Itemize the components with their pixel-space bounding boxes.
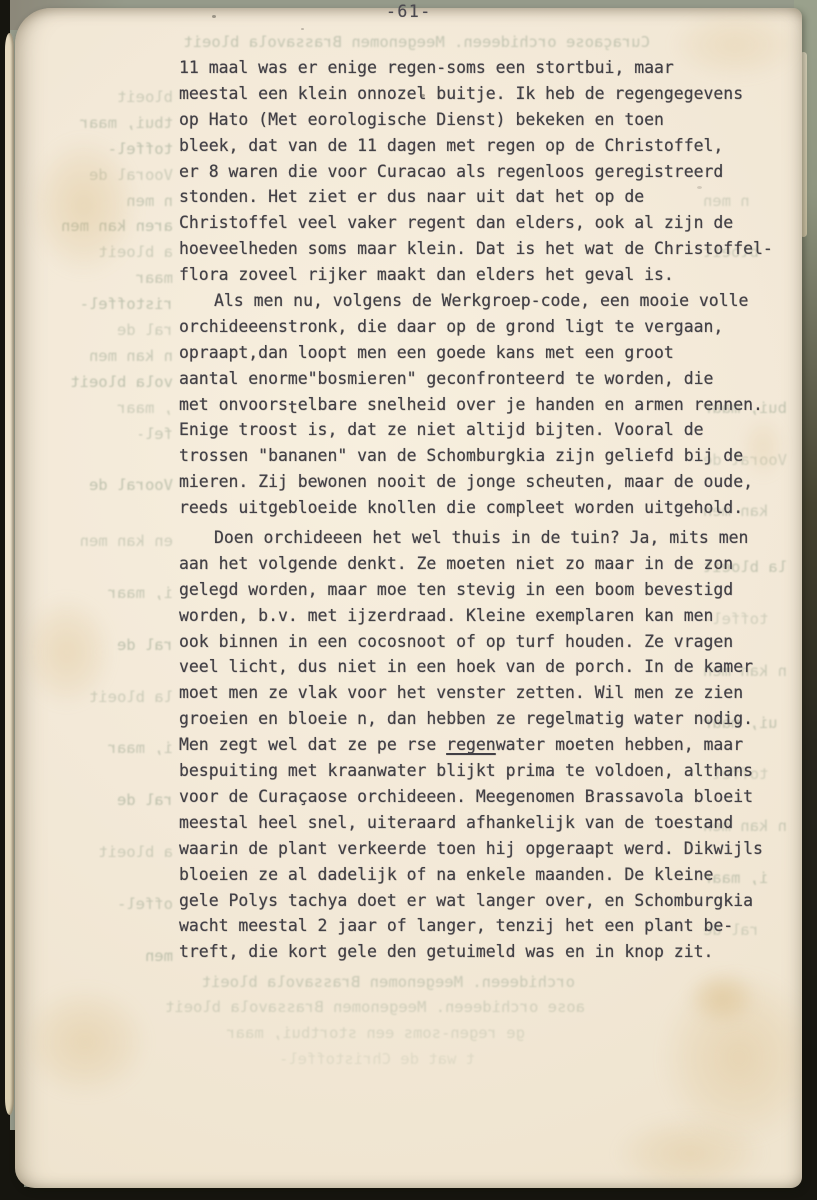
bleedthrough-ghost-text: a bloeit [97,242,173,262]
text-line: meestal heel snel, uiteraard afhankelijk… [179,810,795,836]
bleedthrough-ghost-text: i, maar [103,738,173,758]
text-segment: ook binnen in een cocosnoot of op turf h… [179,632,733,651]
document-scan: bloeittbui, maartoffel- Vooral den menar… [0,0,817,1200]
adjacent-page-edge [5,33,14,1115]
bleedthrough-ghost-text: Curaçaose orchideeen. Meegenomen Brassav… [180,32,650,52]
stain-mark [615,1116,765,1188]
text-line: Doen orchideeen het wel thuis in de tuin… [179,525,795,551]
text-segment: orchideeenstronk, die daar op de grond l… [179,317,723,336]
text-line: op Hato (Met eorologische Dienst) bekeke… [179,107,795,133]
text-segment: gele Polys tachya doet er wat langer ove… [179,891,753,910]
bleedthrough-ghost-text: vola bloeit [69,372,173,392]
text-segment: waarin de plant verkeerde toen hij opger… [179,839,763,858]
text-line: veel licht, dus niet in een hoek van de … [179,654,795,680]
text-line: hoeveelheden soms maar klein. Dat is het… [179,236,795,262]
text-segment: 11 maal was er enige regen-soms een stor… [179,58,674,77]
text-segment: moet men ze vlak voor het venster zetten… [179,683,743,702]
text-line: Christoffel veel vaker regent dan elders… [179,210,795,236]
bleedthrough-ghost-text: orchideeen. Meegenomen Brassavola bloeit [195,972,575,992]
text-line: flora zoveel rijker maakt dan elders het… [179,262,795,288]
text-segment: meestal heel snel, uiteraard afhankelijk… [179,813,733,832]
text-segment: Als men nu, volgens de Werkgroep-code, e… [214,291,748,310]
text-line: met onvoorstelbare snelheid over je hand… [179,392,795,418]
bleedthrough-ghost-text: offel- [109,894,173,914]
text-line: waarin de plant verkeerde toen hij opger… [179,836,795,862]
text-segment: bloeien ze al dadelijk of na enkele maan… [179,865,713,884]
text-segment: Christoffel veel vaker regent dan elders… [179,213,733,232]
stain-mark [687,970,757,1025]
bleedthrough-ghost-text: bloeit [111,87,173,107]
text-line: ook binnen in een cocosnoot of op turf h… [179,629,795,655]
bleedthrough-ghost-text: toffel- [103,139,173,159]
text-line: gele Polys tachya doet er wat langer ove… [179,888,795,914]
bleedthrough-ghost-text: aren kan men [61,216,173,236]
text-segment: groeien en bloeie n, dan hebben ze regel… [179,709,753,728]
text-line: Men zegt wel dat ze pe rse regenwater mo… [179,732,795,758]
text-line: gelegd worden, maar moe ten stevig in ee… [179,577,795,603]
bleedthrough-ghost-text: men [127,946,173,966]
text-line: groeien en bloeie n, dan hebben ze regel… [179,706,795,732]
bleedthrough-ghost-text: n men [125,191,173,211]
scan-background-bottom-edge [0,1187,817,1200]
text-segment: trossen "bananen" van de Schomburgkia zi… [179,446,743,465]
bleedthrough-ghost-text: i, maar [101,583,173,603]
text-line: moet men ze vlak voor het venster zetten… [179,680,795,706]
text-segment: gelegd worden, maar moe ten stevig in ee… [179,580,733,599]
text-segment: veel licht, dus niet in een hoek van de … [179,657,753,676]
stain-mark [659,970,802,1145]
text-line: orchideeenstronk, die daar op de grond l… [179,314,795,340]
text-line: reeds uitgebloeide knollen die compleet … [179,495,795,521]
bleedthrough-ghost-text: fel- [139,424,173,444]
bleedthrough-ghost-text: Vooral de [74,165,173,185]
text-line: meestal een klein onnozel buitje. Ik heb… [179,81,795,107]
text-segment: water moeten hebben, maar [496,735,743,754]
text-segment: reeds uitgebloeide knollen die compleet … [179,498,743,517]
bleedthrough-ghost-text: ral de [117,790,173,810]
text-line: stonden. Het ziet er dus naar uit dat he… [179,184,795,210]
text-segment: hoeveelheden soms maar klein. Dat is het… [179,239,773,258]
ink-speck [301,28,304,30]
ink-speck [212,15,216,18]
text-segment: mieren. Zij bewonen nooit de jonge scheu… [179,472,753,491]
text-line: Als men nu, volgens de Werkgroep-code, e… [179,288,795,314]
text-segment: elbare snelheid over je handen en armen … [298,395,763,414]
text-line: Enige troost is, dat ze niet altijd bijt… [179,417,795,443]
text-line: bespuiting met kraanwater blijkt prima t… [179,758,795,784]
text-segment: opraapt,dan loopt men een goede kans met… [179,343,674,362]
text-segment: voor de Curaçaose orchideeen. Meegenomen… [179,787,753,806]
text-segment: Doen orchideeen het wel thuis in de tuin… [214,528,748,547]
bleedthrough-ghost-text: aose orchideeen. Meegenomen Brassavola b… [165,997,585,1017]
bleedthrough-ghost-text: Vooral de [89,475,173,495]
page-number: -61- [386,2,432,21]
text-segment: er 8 waren die voor Curacao als regenloo… [179,162,723,181]
text-line: wacht meestal 2 jaar of langer, tenzij h… [179,913,795,939]
text-line: treft, die kort gele den getuimeld was e… [179,939,795,965]
text-segment: aantal enorme"bosmieren" geconfronteerd … [179,369,713,388]
bleedthrough-ghost-text: la bloeit [85,687,173,707]
text-line: trossen "bananen" van de Schomburgkia zi… [179,443,795,469]
bleedthrough-ghost-text: t wat de Christoffel- [275,1049,475,1069]
text-segment: Men zegt wel dat ze pe rse [179,735,446,754]
bleedthrough-ghost-text: ral de [109,320,173,340]
text-segment: treft, die kort gele den getuimeld was e… [179,942,713,961]
underlined-word: regen [446,735,495,754]
text-line: mieren. Zij bewonen nooit de jonge scheu… [179,469,795,495]
text-segment: worden, b.v. met ijzerdraad. Kleine exem… [179,606,713,625]
text-line: aantal enorme"bosmieren" geconfronteerd … [179,366,795,392]
bleedthrough-ghost-text: ge regen-soms een stortbui, maar [225,1023,525,1043]
paragraph: 11 maal was er enige regen-soms een stor… [179,55,795,288]
text-segment: op Hato (Met eorologische Dienst) bekeke… [179,110,664,129]
text-segment: flora zoveel rijker maakt dan elders het… [179,265,674,284]
text-line: voor de Curaçaose orchideeen. Meegenomen… [179,784,795,810]
document-page: bloeittbui, maartoffel- Vooral den menar… [15,8,802,1188]
text-segment: meestal een klein onnozel buitje. Ik heb… [179,84,743,103]
text-segment: bespuiting met kraanwater blijkt prima t… [179,761,753,780]
text-segment: Enige troost is, dat ze niet altijd bijt… [179,420,704,439]
bleedthrough-ghost-text: en kan men [77,531,173,551]
bleedthrough-ghost-text: , maar [116,398,173,418]
text-segment: bleek, dat van de 11 dagen met regen op … [179,136,723,155]
text-line: er 8 waren die voor Curacao als regenloo… [179,159,795,185]
text-segment: met onvoors [179,395,288,414]
text-line: aan het volgende denkt. Ze moeten niet z… [179,551,795,577]
text-segment: wacht meestal 2 jaar of langer, tenzij h… [179,916,733,935]
text-line: bleek, dat van de 11 dagen met regen op … [179,133,795,159]
text-segment: t [288,398,298,417]
paragraph: Doen orchideeen het wel thuis in de tuin… [179,525,795,965]
typewritten-text: 11 maal was er enige regen-soms een stor… [179,55,795,965]
bleedthrough-ghost-text: ristoffel- [72,294,173,314]
text-line: opraapt,dan loopt men een goede kans met… [179,340,795,366]
paragraph: Als men nu, volgens de Werkgroep-code, e… [179,288,795,521]
text-line: worden, b.v. met ijzerdraad. Kleine exem… [179,603,795,629]
bleedthrough-ghost-text: n kan men [85,346,173,366]
bleedthrough-ghost-text: maar [129,268,173,288]
text-segment: stonden. Het ziet er dus naar uit dat he… [179,187,644,206]
text-line: bloeien ze al dadelijk of na enkele maan… [179,862,795,888]
text-segment: aan het volgende denkt. Ze moeten niet z… [179,554,733,573]
bleedthrough-ghost-text: tbui, maar [77,113,173,133]
bleedthrough-ghost-text: a bloeit [95,842,173,862]
text-line: 11 maal was er enige regen-soms een stor… [179,55,795,81]
stain-mark [21,986,149,1098]
bleedthrough-ghost-text: ral de [111,635,173,655]
